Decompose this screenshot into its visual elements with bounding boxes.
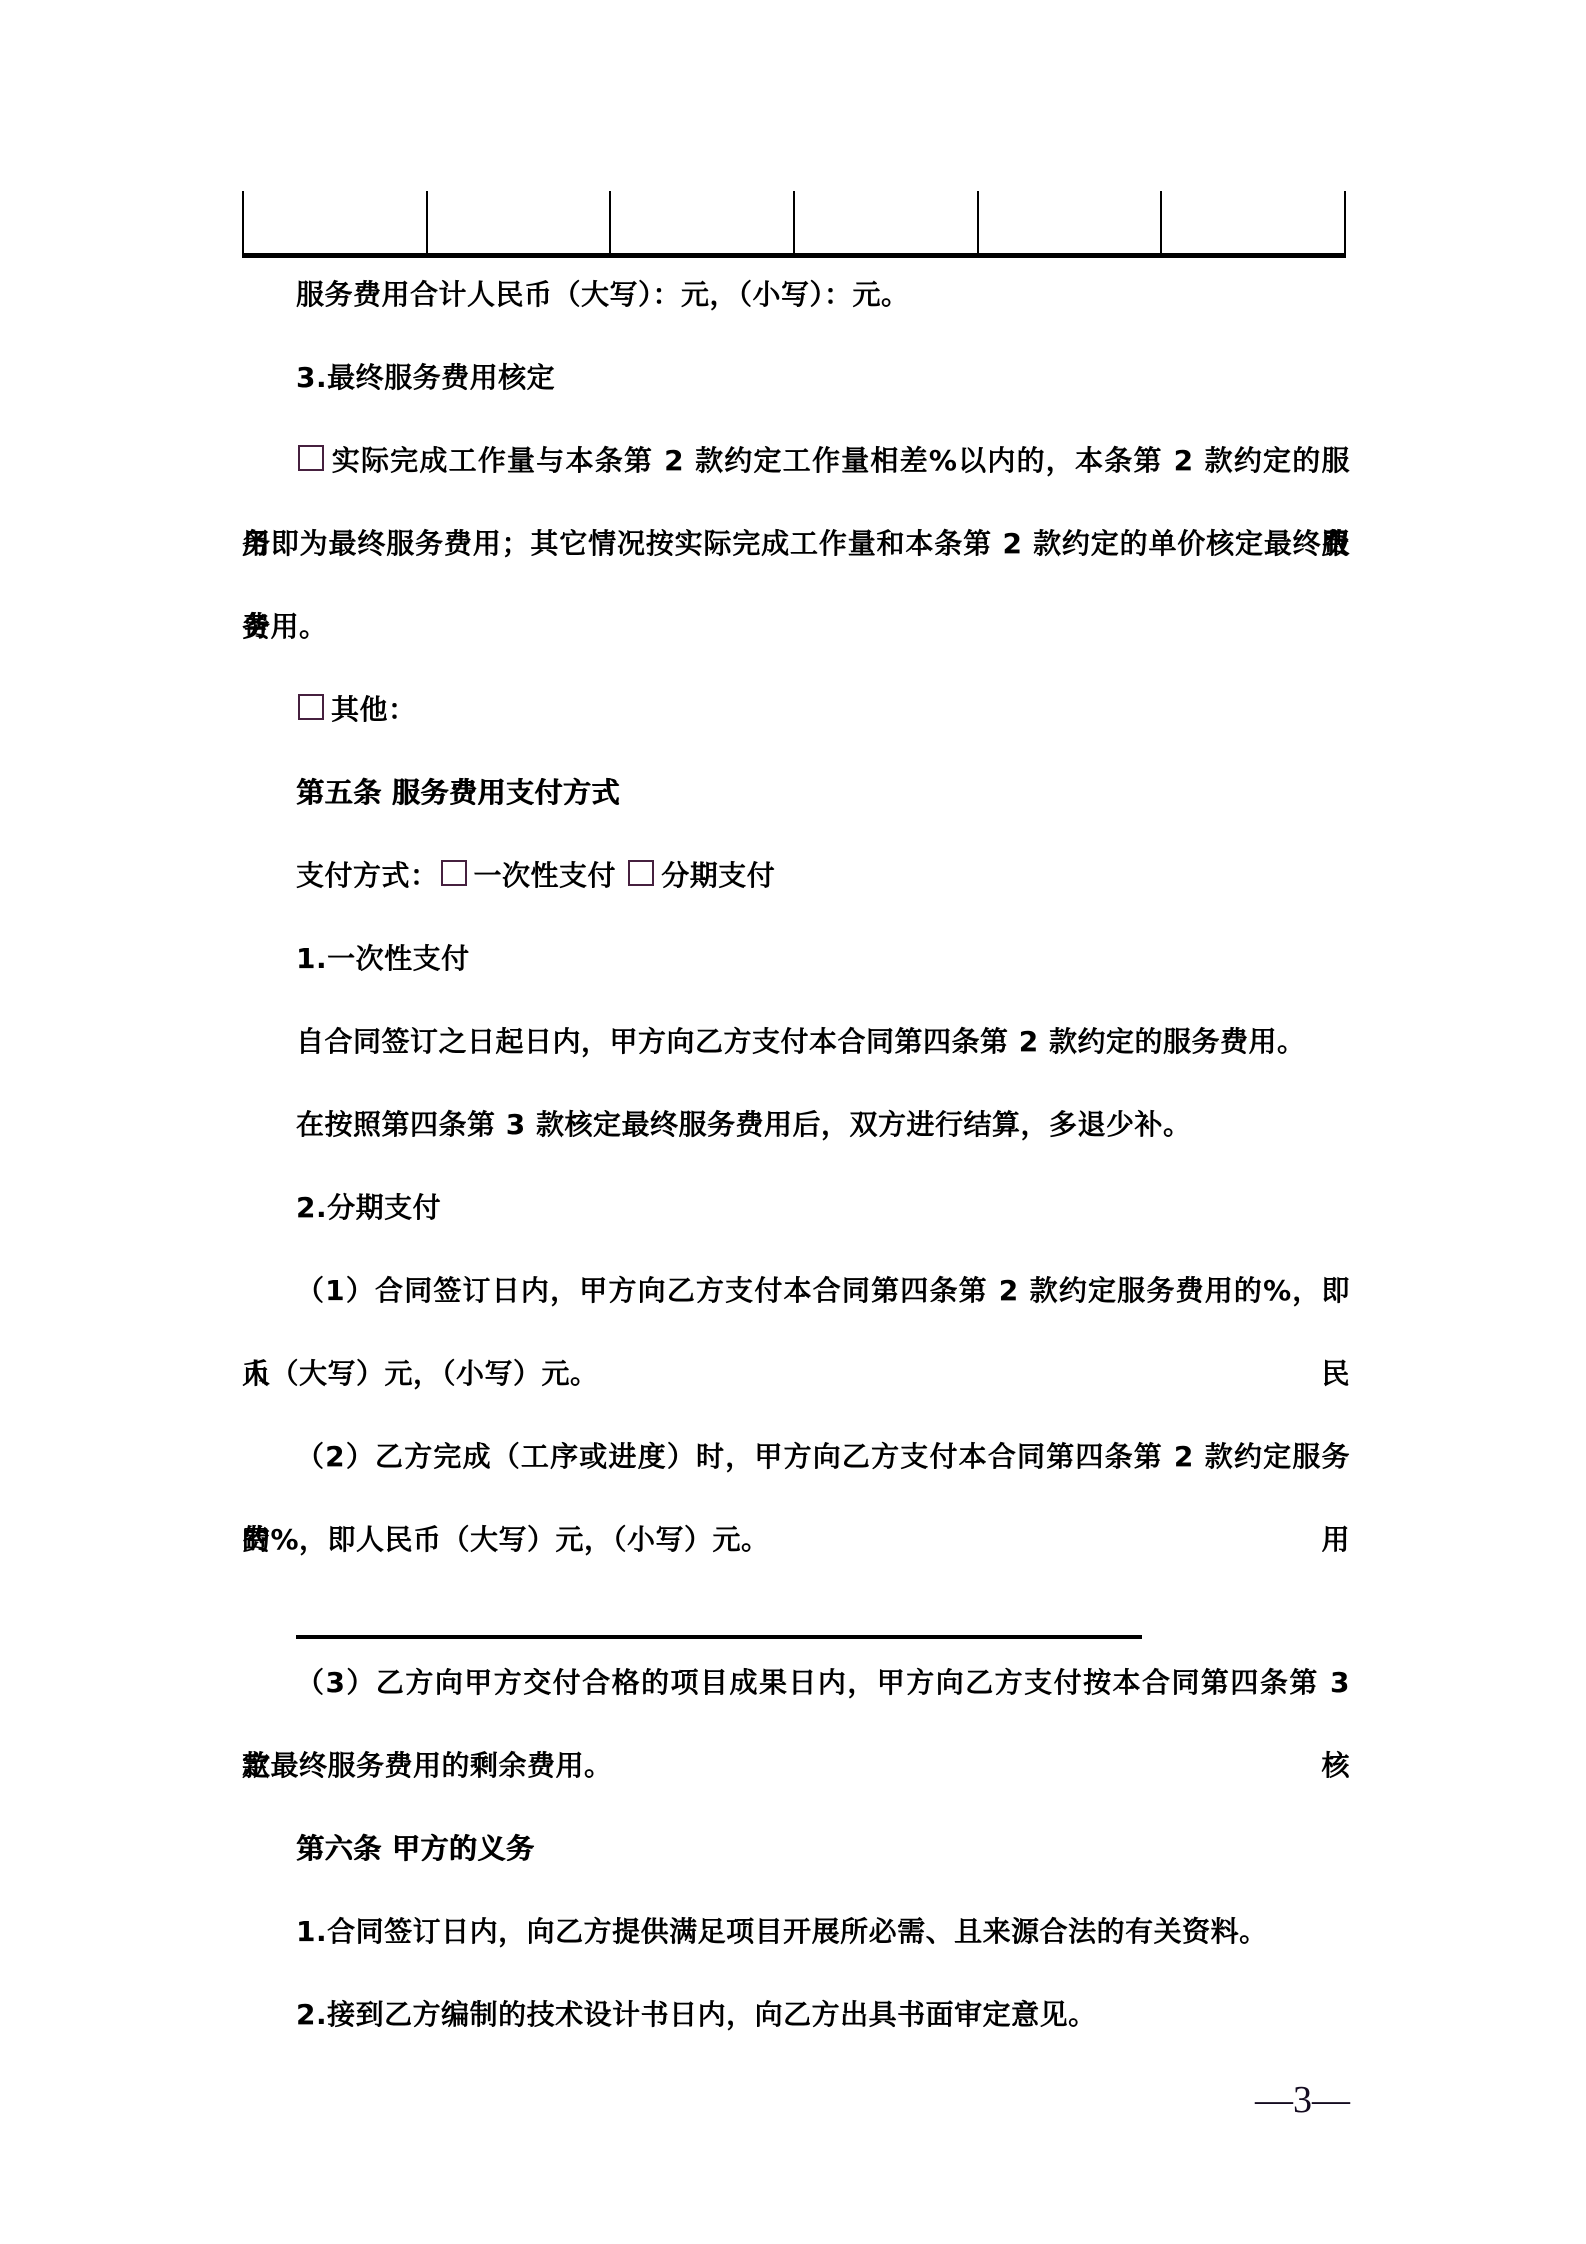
table-cell[interactable] [609,191,793,253]
heading-line: 第五条 服务费用支付方式 [242,751,1350,834]
text-run: 1.合同签订日内，向乙方提供满足项目开展所必需、且来源合法的有关资料。 [296,1915,1268,1948]
text-line: 实际完成工作量与本条第 2 款约定工作量相差%以内的，本条第 2 款约定的服务费 [242,419,1350,502]
text-run: 其他： [331,693,417,726]
text-run: 支付方式： [296,859,439,892]
document-lines: 服务费用合计人民币（大写）：元，（小写）：元。3.最终服务费用核定实际完成工作量… [242,253,1350,2056]
text-run: 2.分期支付 [296,1191,441,1224]
text-line: 自合同签订之日起日内，甲方向乙方支付本合同第四条第 2 款约定的服务费用。 [242,1000,1350,1083]
text-run: 在按照第四条第 3 款核定最终服务费用后，双方进行结算，多退少补。 [296,1108,1191,1141]
text-run: 定最终服务费用的剩余费用。 [242,1749,613,1782]
fee-table-fragment [242,191,1346,258]
text-run: 一次性支付 [474,859,627,892]
text-run: 3.最终服务费用核定 [296,361,555,394]
text-line: 在按照第四条第 3 款核定最终服务费用后，双方进行结算，多退少补。 [242,1083,1350,1166]
text-line: （3）乙方向甲方交付合格的项目成果日内，甲方向乙方支付按本合同第四条第 3 款核 [242,1641,1350,1724]
heading-line: 第六条 甲方的义务 [242,1807,1350,1890]
table-cell[interactable] [793,191,977,253]
text-run: 分期支付 [661,859,775,892]
text-line: 费用。 [242,585,1350,668]
text-line: （2）乙方完成（工序或进度）时，甲方向乙方支付本合同第四条第 2 款约定服务费用 [242,1415,1350,1498]
blank-fill-line [242,1581,1350,1641]
text-run: 1.一次性支付 [296,942,470,975]
text-line: 2.分期支付 [242,1166,1350,1249]
table-cell[interactable] [426,191,610,253]
text-line: 支付方式：一次性支付 分期支付 [242,834,1350,917]
text-line: 其他： [242,668,1350,751]
checkbox-icon[interactable] [628,860,654,886]
text-line: 2.接到乙方编制的技术设计书日内，向乙方出具书面审定意见。 [242,1973,1350,2056]
text-line: 用即为最终服务费用；其它情况按实际完成工作量和本条第 2 款约定的单价核定最终服… [242,502,1350,585]
text-run: 币（大写）元，（小写）元。 [242,1357,599,1390]
text-line: 1.合同签订日内，向乙方提供满足项目开展所必需、且来源合法的有关资料。 [242,1890,1350,1973]
text-run: 费用。 [242,610,328,643]
table-cell[interactable] [1160,191,1346,253]
checkbox-icon[interactable] [298,445,324,471]
text-run: 自合同签订之日起日内，甲方向乙方支付本合同第四条第 2 款约定的服务费用。 [296,1025,1305,1058]
table-cell[interactable] [242,191,426,253]
text-run: 2.接到乙方编制的技术设计书日内，向乙方出具书面审定意见。 [296,1998,1097,2031]
text-run: 第五条 服务费用支付方式 [296,776,620,809]
text-run: 的%，即人民币（大写）元，（小写）元。 [242,1523,770,1556]
document-page: 服务费用合计人民币（大写）：元，（小写）：元。3.最终服务费用核定实际完成工作量… [0,0,1586,2244]
text-line: （1）合同签订日内，甲方向乙方支付本合同第四条第 2 款约定服务费用的%，即人民 [242,1249,1350,1332]
checkbox-icon[interactable] [441,860,467,886]
page-number: —3— [1255,2076,1350,2124]
text-line: 1.一次性支付 [242,917,1350,1000]
checkbox-icon[interactable] [298,694,324,720]
fill-in-underline [296,1635,1142,1639]
table-cell[interactable] [977,191,1161,253]
text-line: 3.最终服务费用核定 [242,336,1350,419]
text-run: 第六条 甲方的义务 [296,1832,534,1865]
text-line: 服务费用合计人民币（大写）：元，（小写）：元。 [242,253,1350,336]
text-run: 服务费用合计人民币（大写）：元，（小写）：元。 [296,278,910,311]
